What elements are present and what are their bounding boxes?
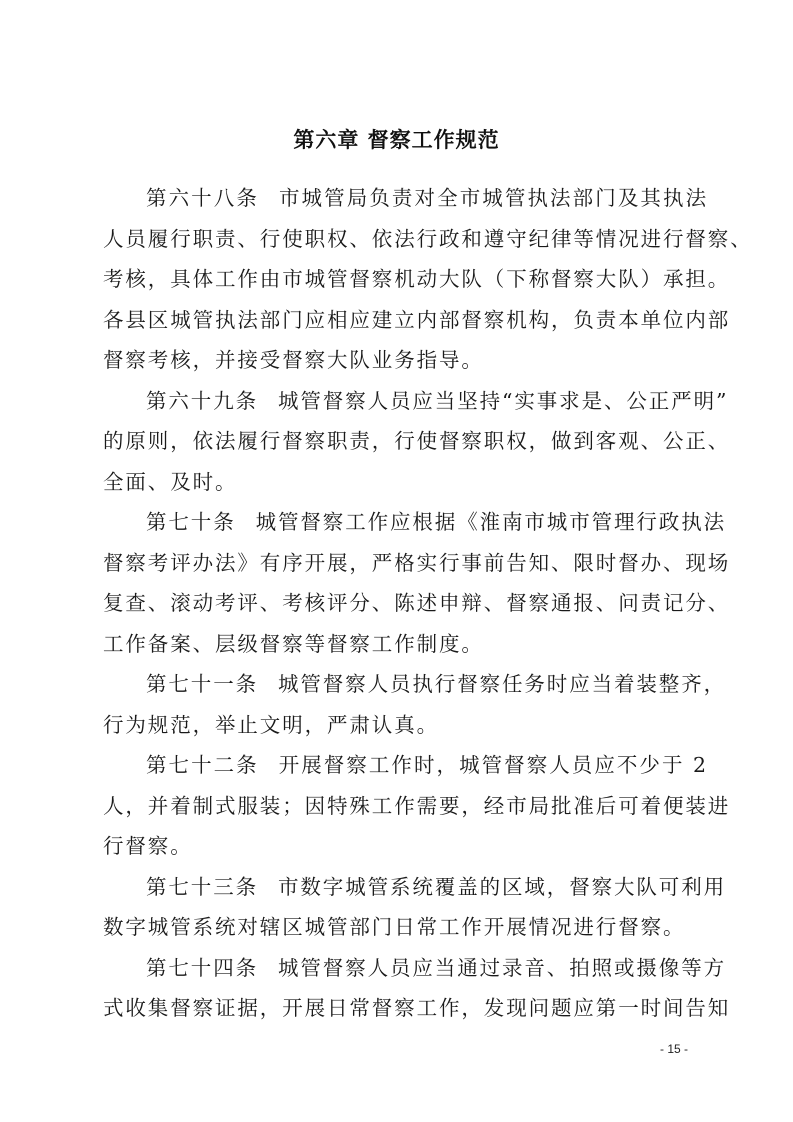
text-line: 督察考评办法》有序开展，严格实行事前告知、限时督办、现场: [103, 543, 708, 584]
chapter-title: 第六章 督察工作规范: [0, 124, 793, 154]
article-first-line: 第七十二条开展督察工作时，城管督察人员应不少于 2: [103, 745, 708, 786]
article-first-line: 第七十三条市数字城管系统覆盖的区域，督察大队可利用: [103, 867, 708, 908]
article-number: 第七十三条: [146, 875, 258, 899]
text-line: 复查、滚动考评、考核评分、陈述申辩、督察通报、问责记分、: [103, 583, 708, 624]
text-line: 数字城管系统对辖区城管部门日常工作开展情况进行督察。: [103, 907, 708, 948]
line-text: 城管督察人员执行督察任务时应当着装整齐，: [278, 672, 726, 696]
line-text: 督察考核，并接受督察大队业务指导。: [103, 348, 484, 372]
line-text: 全面、及时。: [103, 470, 237, 494]
article-number: 第七十二条: [146, 753, 259, 777]
line-text: 复查、滚动考评、考核评分、陈述申辩、督察通报、问责记分、: [103, 591, 730, 615]
line-text: 市城管局负责对全市城管执法部门及其执法: [279, 186, 708, 210]
article-number: 第六十九条: [146, 389, 258, 413]
line-text: 人员履行职责、行使职权、依法行政和遵守纪律等情况进行督察、: [103, 227, 753, 251]
line-text: 各县区城管执法部门应相应建立内部督察机构，负责本单位内部: [103, 308, 730, 332]
line-text: 行为规范，举止文明，严肃认真。: [103, 713, 439, 737]
text-line: 行为规范，举止文明，严肃认真。: [103, 705, 708, 746]
article-first-line: 第七十一条城管督察人员执行督察任务时应当着装整齐，: [103, 664, 708, 705]
line-text: 的原则，依法履行督察职责，行使督察职权，做到客观、公正、: [103, 429, 730, 453]
line-text: 工作备案、层级督察等督察工作制度。: [103, 632, 484, 656]
article-number: 第七十条: [146, 510, 236, 534]
line-text: 督察考评办法》有序开展，严格实行事前告知、限时督办、现场: [103, 551, 730, 575]
line-text: 行督察。: [103, 834, 193, 858]
page-number: - 15 -: [660, 1042, 688, 1056]
article-first-line: 第六十九条城管督察人员应当坚持“实事求是、公正严明”: [103, 381, 708, 422]
line-text: 人，并着制式服装；因特殊工作需要，经市局批准后可着便装进: [103, 794, 730, 818]
text-line: 各县区城管执法部门应相应建立内部督察机构，负责本单位内部: [103, 300, 708, 341]
text-line: 工作备案、层级督察等督察工作制度。: [103, 624, 708, 665]
text-line: 的原则，依法履行督察职责，行使督察职权，做到客观、公正、: [103, 421, 708, 462]
text-line: 行督察。: [103, 826, 708, 867]
line-text: 式收集督察证据，开展日常督察工作，发现问题应第一时间告知: [103, 996, 730, 1020]
text-line: 考核，具体工作由市城管督察机动大队（下称督察大队）承担。: [103, 259, 708, 300]
text-line: 人，并着制式服装；因特殊工作需要，经市局批准后可着便装进: [103, 786, 708, 827]
article-first-line: 第七十四条城管督察人员应当通过录音、拍照或摄像等方: [103, 948, 708, 989]
article-number: 第六十八条: [146, 186, 259, 210]
line-text: 开展督察工作时，城管督察人员应不少于 2: [279, 753, 708, 777]
text-line: 式收集督察证据，开展日常督察工作，发现问题应第一时间告知: [103, 988, 708, 1029]
document-body: 第六十八条市城管局负责对全市城管执法部门及其执法人员履行职责、行使职权、依法行政…: [103, 178, 708, 1029]
article-number: 第七十一条: [146, 672, 258, 696]
line-text: 城管督察人员应当坚持“实事求是、公正严明”: [278, 389, 728, 413]
line-text: 城管督察工作应根据《淮南市城市管理行政执法: [256, 510, 726, 534]
line-text: 数字城管系统对辖区城管部门日常工作开展情况进行督察。: [103, 915, 685, 939]
line-text: 考核，具体工作由市城管督察机动大队（下称督察大队）承担。: [103, 267, 730, 291]
text-line: 人员履行职责、行使职权、依法行政和遵守纪律等情况进行督察、: [103, 219, 708, 260]
line-text: 城管督察人员应当通过录音、拍照或摄像等方: [278, 956, 726, 980]
article-first-line: 第七十条城管督察工作应根据《淮南市城市管理行政执法: [103, 502, 708, 543]
text-line: 督察考核，并接受督察大队业务指导。: [103, 340, 708, 381]
article-number: 第七十四条: [146, 956, 258, 980]
text-line: 全面、及时。: [103, 462, 708, 503]
line-text: 市数字城管系统覆盖的区域，督察大队可利用: [278, 875, 726, 899]
article-first-line: 第六十八条市城管局负责对全市城管执法部门及其执法: [103, 178, 708, 219]
document-page: 第六章 督察工作规范 第六十八条市城管局负责对全市城管执法部门及其执法人员履行职…: [0, 0, 793, 1122]
